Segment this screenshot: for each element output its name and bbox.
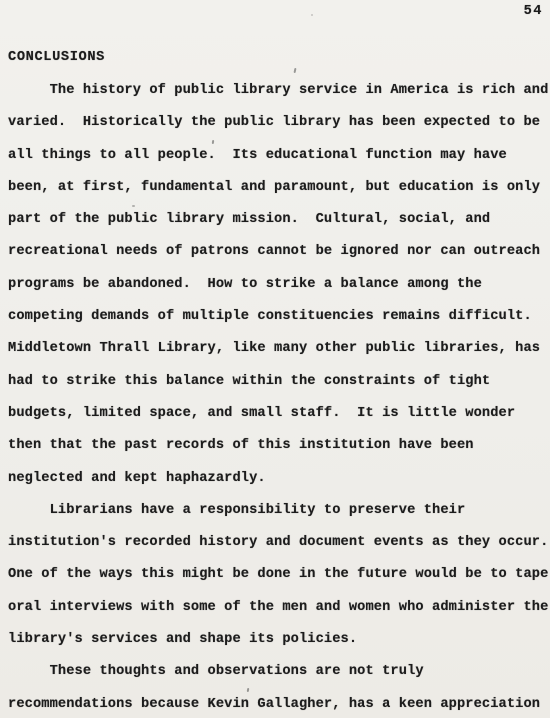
document-body: The history of public library service in…	[8, 75, 548, 718]
text-line: programs be abandoned. How to strike a b…	[8, 269, 548, 301]
text-line: neglected and kept haphazardly.	[8, 463, 548, 495]
text-line: Middletown Thrall Library, like many oth…	[8, 333, 548, 365]
section-heading: CONCLUSIONS	[8, 50, 105, 65]
text-line: budgets, limited space, and small staff.…	[8, 398, 548, 430]
text-line: competing demands of multiple constituen…	[8, 301, 548, 333]
text-line: varied. Historically the public library …	[8, 107, 548, 139]
text-line: all things to all people. Its educationa…	[8, 140, 548, 172]
text-line: had to strike this balance within the co…	[8, 366, 548, 398]
scanned-document-page: 54 CONCLUSIONS The history of public lib…	[0, 0, 550, 718]
scan-artifact	[430, 310, 432, 312]
text-line: Librarians have a responsibility to pres…	[8, 495, 548, 527]
text-line: library's services and shape its policie…	[8, 624, 548, 656]
scan-artifact	[132, 205, 135, 207]
paragraph: The history of public library service in…	[8, 75, 548, 495]
paragraph: These thoughts and observations are not …	[8, 656, 548, 718]
text-line: then that the past records of this insti…	[8, 430, 548, 462]
text-line: The history of public library service in…	[8, 75, 548, 107]
text-line: recommendations because Kevin Gallagher,…	[8, 689, 548, 718]
scan-artifact	[311, 14, 313, 16]
text-line: part of the public library mission. Cult…	[8, 204, 548, 236]
text-line: oral interviews with some of the men and…	[8, 592, 548, 624]
text-line: institution's recorded history and docum…	[8, 527, 548, 559]
paragraph: Librarians have a responsibility to pres…	[8, 495, 548, 656]
text-line: One of the ways this might be done in th…	[8, 559, 548, 591]
text-line: recreational needs of patrons cannot be …	[8, 236, 548, 268]
text-line: These thoughts and observations are not …	[8, 656, 548, 688]
scan-artifact	[294, 68, 297, 73]
text-line: been, at first, fundamental and paramoun…	[8, 172, 548, 204]
page-number: 54	[524, 4, 543, 19]
